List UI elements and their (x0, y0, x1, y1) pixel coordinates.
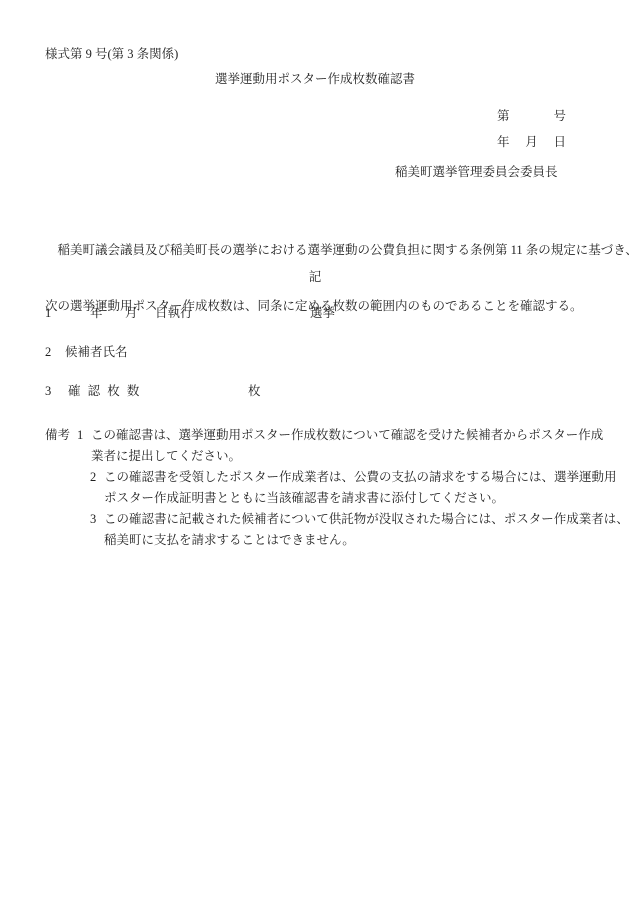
date-month-label: 月 (525, 134, 538, 150)
year-label: 年 (90, 305, 103, 321)
item-candidate-name: 2 候補者氏名 (0, 344, 630, 361)
item-number: 2 (45, 344, 51, 360)
remark-line: ポスター作成証明書とともに当該確認書を請求書に添付してください。 (45, 490, 597, 507)
sheets-unit-label: 枚 (248, 383, 261, 399)
remark-line: 3 この確認書に記載された候補者について供託物が没収された場合には、ポスター作成… (45, 511, 597, 528)
candidate-name-label: 候補者氏名 (65, 344, 128, 360)
remark-text: この確認書に記載された候補者について供託物が没収された場合には、ポスター作成業者… (104, 511, 629, 527)
doc-number-line: 第 号 (497, 108, 566, 124)
remarks-label: 備考 (45, 427, 70, 443)
remark-line: 業者に提出してください。 (45, 448, 597, 465)
item-confirmed-count: 3 確 認 枚 数 枚 (0, 383, 630, 400)
remark-item-number: 2 (90, 469, 96, 485)
document-page: 様式第 9 号(第 3 条関係) 選挙運動用ポスター作成枚数確認書 第 号 年 … (0, 0, 630, 903)
confirmed-count-label: 確 認 枚 数 (68, 383, 141, 399)
election-label: 選挙 (310, 305, 335, 321)
remarks-section: 備考 1 この確認書は、選挙運動用ポスター作成枚数について確認を受けた候補者から… (45, 427, 597, 557)
month-label: 月 (125, 305, 138, 321)
remark-text: この確認書を受領したポスター作成業者は、公費の支払の請求をする場合には、選挙運動… (104, 469, 617, 485)
remark-text: 業者に提出してください。 (91, 448, 241, 464)
item-number: 1 (45, 305, 51, 321)
remark-text: ポスター作成証明書とともに当該確認書を請求書に添付してください。 (104, 490, 504, 506)
document-title: 選挙運動用ポスター作成枚数確認書 (0, 71, 630, 87)
section-heading-ki: 記 (0, 269, 630, 285)
doc-number-suffix: 号 (553, 108, 566, 124)
doc-number-prefix: 第 (497, 108, 510, 124)
remark-text: 稲美町に支払を請求することはできません。 (104, 532, 355, 548)
remark-line: 2 この確認書を受領したポスター作成業者は、公費の支払の請求をする場合には、選挙… (45, 469, 597, 486)
remark-item-number: 1 (77, 427, 83, 443)
body-line: 稲美町議会議員及び稲美町長の選挙における選挙運動の公費負担に関する条例第 11 … (45, 238, 597, 262)
date-year-label: 年 (497, 134, 510, 150)
date-line: 年 月 日 (497, 134, 566, 150)
form-number: 様式第 9 号(第 3 条関係) (45, 46, 178, 62)
remark-item-number: 3 (90, 511, 96, 527)
remark-line: 備考 1 この確認書は、選挙運動用ポスター作成枚数について確認を受けた候補者から… (45, 427, 597, 444)
item-number: 3 (45, 383, 51, 399)
date-day-label: 日 (553, 134, 566, 150)
remark-line: 稲美町に支払を請求することはできません。 (45, 532, 597, 549)
remark-text: この確認書は、選挙運動用ポスター作成枚数について確認を受けた候補者からポスター作… (91, 427, 603, 443)
item-election-date: 1 年 月 日執行 選挙 (0, 305, 630, 322)
addressee: 稲美町選挙管理委員会委員長 (395, 164, 558, 180)
day-executed-label: 日執行 (155, 305, 193, 321)
